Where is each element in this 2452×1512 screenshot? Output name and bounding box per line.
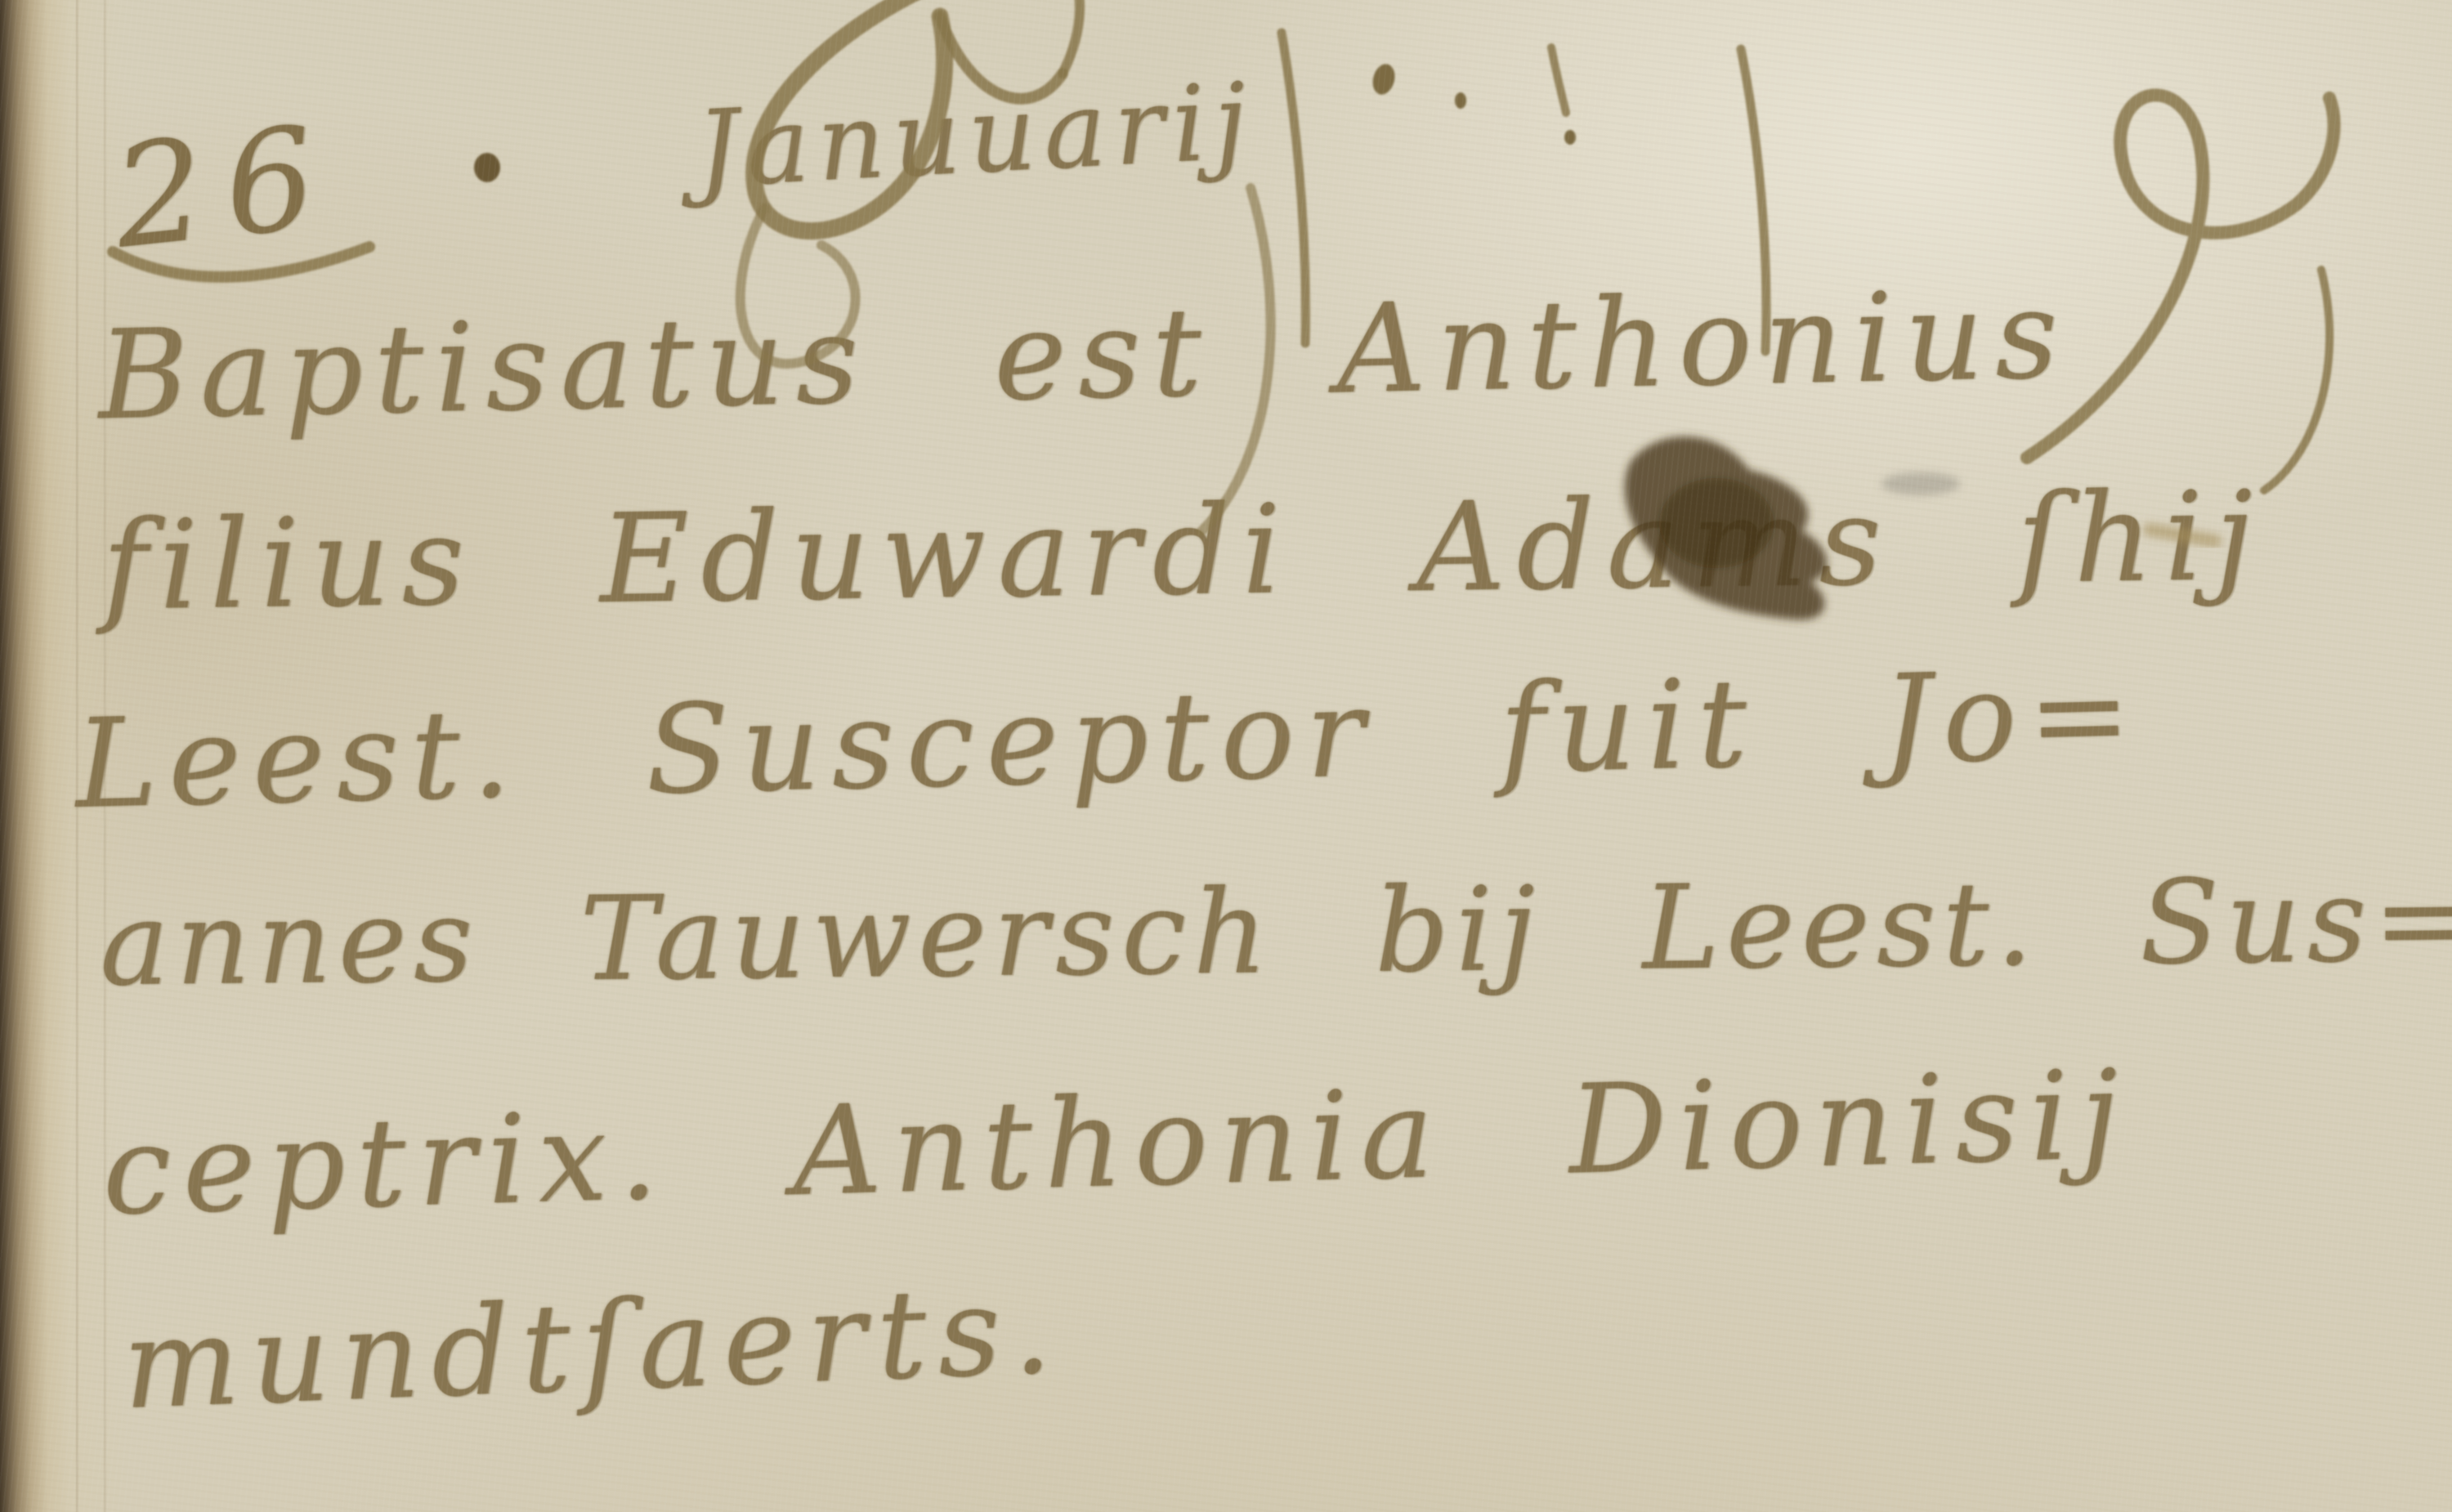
entry-line-2: filius Eduwardi Adams ſhij [101, 466, 2265, 638]
margin-day-number: 26 [106, 93, 343, 280]
stray-ink-dots [1370, 47, 1576, 145]
entry-line-1: Baptisatus est Anthonius [96, 264, 2070, 447]
entry-line-5: ceptrix. Anthonia Dionisij [101, 1044, 2132, 1242]
entry-line-4: annes Tauwersch bij Leest. Sus= [99, 852, 2452, 1012]
manuscript-scan: { "manuscript": { "margin_day": "26", "h… [0, 0, 2452, 1512]
entry-line-3: Leest. Susceptor fuit Jo= [74, 643, 2144, 836]
entry-heading-month: Januuarij [694, 60, 1258, 212]
entry-line-6: mundtſaerts. [120, 1259, 1065, 1437]
manuscript-page: 26 Januuarij Baptisatus est Anthonius fi… [0, 0, 2452, 1512]
line1-flourishes [1282, 33, 2334, 490]
